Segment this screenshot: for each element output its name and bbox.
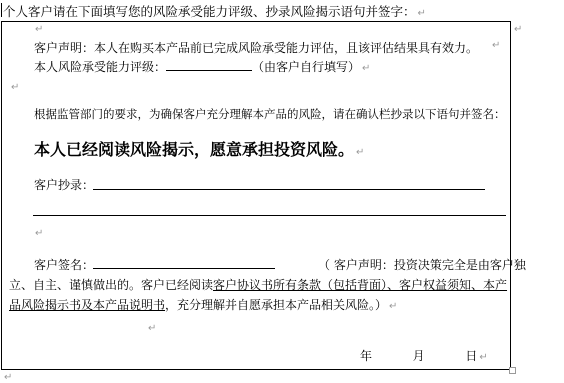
date-month: 月 bbox=[413, 349, 425, 363]
paragraph-mark-icon: ↵ bbox=[479, 352, 487, 363]
instruction-text: 根据监管部门的要求，为确保客户充分理解本产品的风险，请在确认栏抄录以下语句并签名… bbox=[34, 106, 506, 122]
sign-note-underlined: 客户协议书所有条款（包括背面）、客户权益须知、本产 bbox=[213, 278, 507, 292]
sign-note-text: 立、自主、谨慎做出的。客户已经阅读 bbox=[9, 278, 213, 292]
date-row: 年 月 日↵ bbox=[360, 347, 488, 364]
paragraph-mark-icon: ↵ bbox=[4, 372, 12, 383]
page-heading: 个人客户请在下面填写您的风险承受能力评级、抄录风险揭示语句并签字：↵ bbox=[3, 2, 426, 20]
heading-text: 个人客户请在下面填写您的风险承受能力评级、抄录风险揭示语句并签字： bbox=[3, 4, 416, 19]
sign-label: 客户签名： bbox=[34, 258, 94, 272]
copy-input-line-2[interactable] bbox=[33, 215, 506, 216]
rating-note: （由客户自行填写） bbox=[252, 60, 360, 74]
paragraph-mark-icon: ↵ bbox=[492, 40, 500, 51]
paragraph-mark-icon: ↵ bbox=[514, 24, 522, 35]
customer-declaration: 客户声明：本人在购买本产品前已完成风险承受能力评估，且该评估结果具有效力。 bbox=[34, 39, 478, 56]
date-day: 日 bbox=[465, 349, 477, 363]
paragraph-mark-icon: ↵ bbox=[362, 63, 370, 74]
copy-label-row: 客户抄录： bbox=[34, 176, 94, 193]
copy-label: 客户抄录： bbox=[34, 178, 94, 192]
sign-note-line-1: （ 客户声明：投资决策完全是由客户独 bbox=[318, 256, 526, 273]
paragraph-mark-icon: ↵ bbox=[148, 323, 156, 334]
sign-note-underlined: 品风险揭示书及本产品说明书 bbox=[9, 298, 165, 312]
paragraph-mark-icon: ↵ bbox=[35, 24, 43, 35]
signature-input-line[interactable] bbox=[93, 268, 275, 269]
sign-note-line-3: 品风险揭示书及本产品说明书，充分理解并自愿承担本产品相关风险。）↵ bbox=[9, 296, 397, 313]
risk-rating-row: 本人风险承受能力评级：（由客户自行填写）↵ bbox=[34, 58, 370, 75]
declaration-text: 客户声明：本人在购买本产品前已完成风险承受能力评估，且该评估结果具有效力。 bbox=[34, 41, 478, 55]
paragraph-mark-icon: ↵ bbox=[356, 147, 364, 158]
sign-note-line-2: 立、自主、谨慎做出的。客户已经阅读客户协议书所有条款（包括背面）、客户权益须知、… bbox=[9, 276, 507, 293]
paragraph-mark-icon: ↵ bbox=[35, 228, 43, 239]
rating-input-line[interactable] bbox=[166, 58, 252, 71]
sign-note-text: （ 客户声明：投资决策完全是由客户独 bbox=[318, 258, 526, 272]
risk-statement: 本人已经阅读风险揭示，愿意承担投资风险。↵ bbox=[34, 137, 364, 160]
statement-text: 本人已经阅读风险揭示，愿意承担投资风险。 bbox=[34, 140, 354, 159]
copy-input-line-1[interactable] bbox=[93, 189, 485, 190]
paragraph-mark-icon: ↵ bbox=[389, 301, 397, 312]
paragraph-mark-icon: ↵ bbox=[11, 82, 19, 93]
rating-label: 本人风险承受能力评级： bbox=[34, 60, 166, 74]
signature-label-row: 客户签名： bbox=[34, 256, 94, 273]
sign-note-text: ，充分理解并自愿承担本产品相关风险。） bbox=[165, 298, 387, 312]
instruction-label: 根据监管部门的要求，为确保客户充分理解本产品的风险，请在确认栏抄录以下语句并签名… bbox=[34, 107, 506, 121]
table-resize-handle[interactable] bbox=[509, 367, 516, 374]
date-year: 年 bbox=[360, 349, 372, 363]
text-cursor bbox=[1, 3, 2, 17]
paragraph-mark-icon: ↵ bbox=[418, 8, 426, 19]
